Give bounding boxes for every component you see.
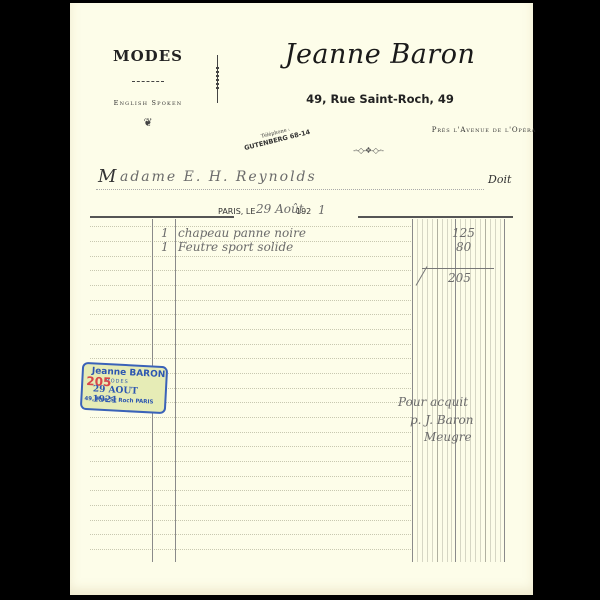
salutation-prefix: M bbox=[98, 166, 116, 187]
total-rule bbox=[422, 268, 494, 269]
header-rule-right bbox=[358, 216, 513, 218]
shop-stamp: Jeanne BARON MODES 205 29 AOUT 1921 49, … bbox=[80, 362, 168, 414]
item-amount: 80 bbox=[456, 240, 471, 254]
item-description: Feutre sport solide bbox=[178, 240, 293, 254]
brand-name: Jeanne Baron bbox=[260, 39, 500, 70]
acquittal-line3: Meugre bbox=[424, 430, 472, 444]
customer-name: adame E. H. Reynolds bbox=[120, 169, 317, 185]
dash-ornament bbox=[132, 81, 164, 83]
acquittal-line1: Pour acquit bbox=[398, 395, 468, 409]
item-qty: 1 bbox=[161, 240, 169, 254]
year-printed: 192 bbox=[296, 207, 311, 216]
item-description: chapeau panne noire bbox=[178, 226, 306, 240]
flourish-ornament-icon: ❦ bbox=[128, 116, 168, 129]
flourish-divider-icon: -·-◇-❖-◇-·- bbox=[338, 146, 398, 155]
year-handwritten: 1 bbox=[318, 203, 326, 217]
doit-label: Doit bbox=[488, 173, 511, 186]
invoice-paper: MODES English Spoken ❦ Jeanne Baron 49, … bbox=[70, 3, 533, 595]
item-amount: 125 bbox=[452, 226, 475, 240]
telephone-block: Téléphone : GUTENBERG 68-14 bbox=[236, 121, 317, 154]
english-spoken-label: English Spoken bbox=[90, 99, 206, 107]
total-amount: 205 bbox=[448, 271, 471, 285]
category-title: MODES bbox=[107, 47, 189, 65]
item-qty: 1 bbox=[161, 226, 169, 240]
location-note: Près l'Avenue de l'Opéra bbox=[376, 126, 536, 134]
acquittal-line2: p. J. Baron bbox=[410, 413, 473, 427]
header-rule-left bbox=[90, 216, 234, 218]
place-label: PARIS, LE bbox=[218, 207, 255, 216]
vertical-ornament-rule bbox=[217, 55, 219, 103]
shop-address: 49, Rue Saint-Roch, 49 bbox=[270, 92, 490, 106]
